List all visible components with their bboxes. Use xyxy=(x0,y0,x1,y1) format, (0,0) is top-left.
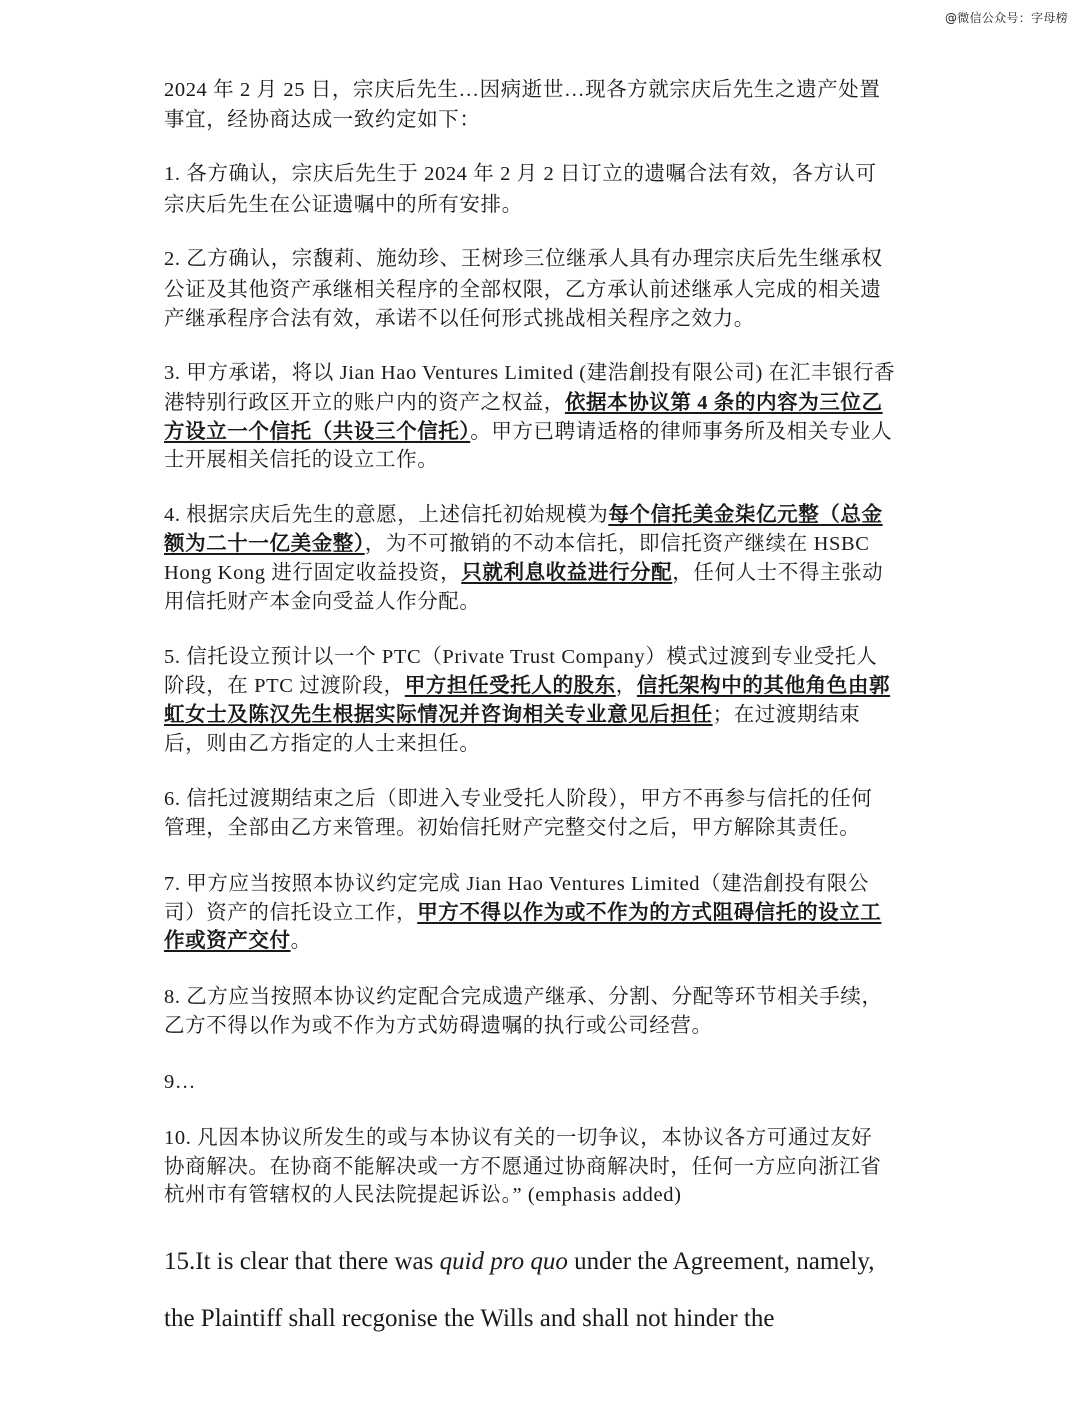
italic-term: quid pro quo xyxy=(440,1248,568,1275)
paragraph-15-text: under the Agreement, namely, xyxy=(568,1248,875,1275)
clause-4: 用信托财产本金向受益人作分配。 xyxy=(164,588,481,616)
clause-3: 港特别行政区开立的账户内的资产之权益，依据本协议第 4 条的内容为三位乙 xyxy=(164,389,883,417)
clause-5-text: 阶段，在 PTC 过渡阶段， xyxy=(164,675,405,697)
emphasis-text: 方设立一个信托（共设三个信托） xyxy=(164,421,470,443)
clause-4-text: ，任何人士不得主张动 xyxy=(672,562,883,584)
clause-2: 产继承程序合法有效，承诺不以任何形式挑战相关程序之效力。 xyxy=(164,305,755,333)
clause-4-text: 4. 根据宗庆后先生的意愿，上述信托初始规模为 xyxy=(164,504,608,526)
clause-9: 9… xyxy=(164,1068,196,1096)
clause-6: 6. 信托过渡期结束之后（即进入专业受托人阶段），甲方不再参与信托的任何 xyxy=(164,785,872,813)
clause-5-text: ， xyxy=(616,675,637,697)
clause-8: 8. 乙方应当按照本协议约定配合完成遗产继承、分割、分配等环节相关手续， xyxy=(164,983,883,1011)
clause-3: 方设立一个信托（共设三个信托）。甲方已聘请适格的律师事务所及相关专业人 xyxy=(164,418,892,446)
clause-5: 5. 信托设立预计以一个 PTC（Private Trust Company）模… xyxy=(164,643,877,671)
clause-5-text: ；在过渡期结束 xyxy=(713,704,861,726)
clause-10: 协商解决。在协商不能解决或一方不愿通过协商解决时，任何一方应向浙江省 xyxy=(164,1153,881,1181)
clause-7: 司）资产的信托设立工作，甲方不得以作为或不作为的方式阻碍信托的设立工 xyxy=(164,899,881,927)
intro-line: 2024 年 2 月 25 日，宗庆后先生…因病逝世…现各方就宗庆后先生之遗产处… xyxy=(164,76,880,104)
paragraph-15: the Plaintiff shall recgonise the Wills … xyxy=(164,1303,774,1335)
paragraph-15-text: 15.It is clear that there was xyxy=(164,1248,440,1275)
paragraph-15: 15.It is clear that there was quid pro q… xyxy=(164,1246,874,1278)
clause-5: 后，则由乙方指定的人士来担任。 xyxy=(164,730,481,758)
clause-2: 公证及其他资产承继相关程序的全部权限，乙方承认前述继承人完成的相关遗 xyxy=(164,276,881,304)
clause-7-text: 司）资产的信托设立工作， xyxy=(164,902,417,924)
clause-4: 额为二十一亿美金整），为不可撤销的不动本信托，即信托资产继续在 HSBC xyxy=(164,530,870,558)
clause-3-text: 港特别行政区开立的账户内的资产之权益， xyxy=(164,392,565,414)
emphasis-text: 只就利息收益进行分配 xyxy=(461,562,672,584)
clause-7: 7. 甲方应当按照本协议约定完成 Jian Hao Ventures Limit… xyxy=(164,870,869,898)
clause-1: 1. 各方确认，宗庆后先生于 2024 年 2 月 2 日订立的遗嘱合法有效，各… xyxy=(164,160,877,188)
emphasis-text: 甲方不得以作为或不作为的方式阻碍信托的设立工 xyxy=(417,902,881,924)
clause-3: 3. 甲方承诺，将以 Jian Hao Ventures Limited (建浩… xyxy=(164,359,895,387)
clause-3-text: 。甲方已聘请适格的律师事务所及相关专业人 xyxy=(470,421,892,443)
emphasis-text: 作或资产交付 xyxy=(164,930,291,952)
clause-4: 4. 根据宗庆后先生的意愿，上述信托初始规模为每个信托美金柒亿元整（总金 xyxy=(164,501,883,529)
clause-4-text: ，为不可撤销的不动本信托，即信托资产继续在 HSBC xyxy=(365,533,870,555)
clause-5: 虹女士及陈汉先生根据实际情况并咨询相关专业意见后担任；在过渡期结束 xyxy=(164,701,860,729)
clause-10: 杭州市有管辖权的人民法院提起诉讼。” (emphasis added) xyxy=(164,1181,682,1209)
emphasis-text: 每个信托美金柒亿元整（总金 xyxy=(608,504,882,526)
clause-4-text: Hong Kong 进行固定收益投资， xyxy=(164,562,461,584)
intro-line: 事宜，经协商达成一致约定如下： xyxy=(164,106,481,134)
clause-8: 乙方不得以作为或不作为方式妨碍遗嘱的执行或公司经营。 xyxy=(164,1012,713,1040)
clause-7-text: 。 xyxy=(291,930,312,952)
watermark: @微信公众号：字母榜 xyxy=(945,9,1068,26)
emphasis-text: 信托架构中的其他角色由郭 xyxy=(637,675,890,697)
clause-10: 10. 凡因本协议所发生的或与本协议有关的一切争议，本协议各方可通过友好 xyxy=(164,1124,872,1152)
clause-2: 2. 乙方确认，宗馥莉、施幼珍、王树珍三位继承人具有办理宗庆后先生继承权 xyxy=(164,245,883,273)
emphasis-text: 虹女士及陈汉先生根据实际情况并咨询相关专业意见后担任 xyxy=(164,704,713,726)
clause-3: 士开展相关信托的设立工作。 xyxy=(164,446,438,474)
clause-4: Hong Kong 进行固定收益投资，只就利息收益进行分配，任何人士不得主张动 xyxy=(164,559,883,587)
emphasis-text: 依据本协议第 4 条的内容为三位乙 xyxy=(565,392,883,414)
clause-6: 管理，全部由乙方来管理。初始信托财产完整交付之后，甲方解除其责任。 xyxy=(164,814,860,842)
clause-5: 阶段，在 PTC 过渡阶段，甲方担任受托人的股东，信托架构中的其他角色由郭 xyxy=(164,672,890,700)
emphasis-text: 甲方担任受托人的股东 xyxy=(405,675,616,697)
clause-1: 宗庆后先生在公证遗嘱中的所有安排。 xyxy=(164,191,523,219)
emphasis-text: 额为二十一亿美金整） xyxy=(164,533,365,555)
clause-7: 作或资产交付。 xyxy=(164,927,312,955)
